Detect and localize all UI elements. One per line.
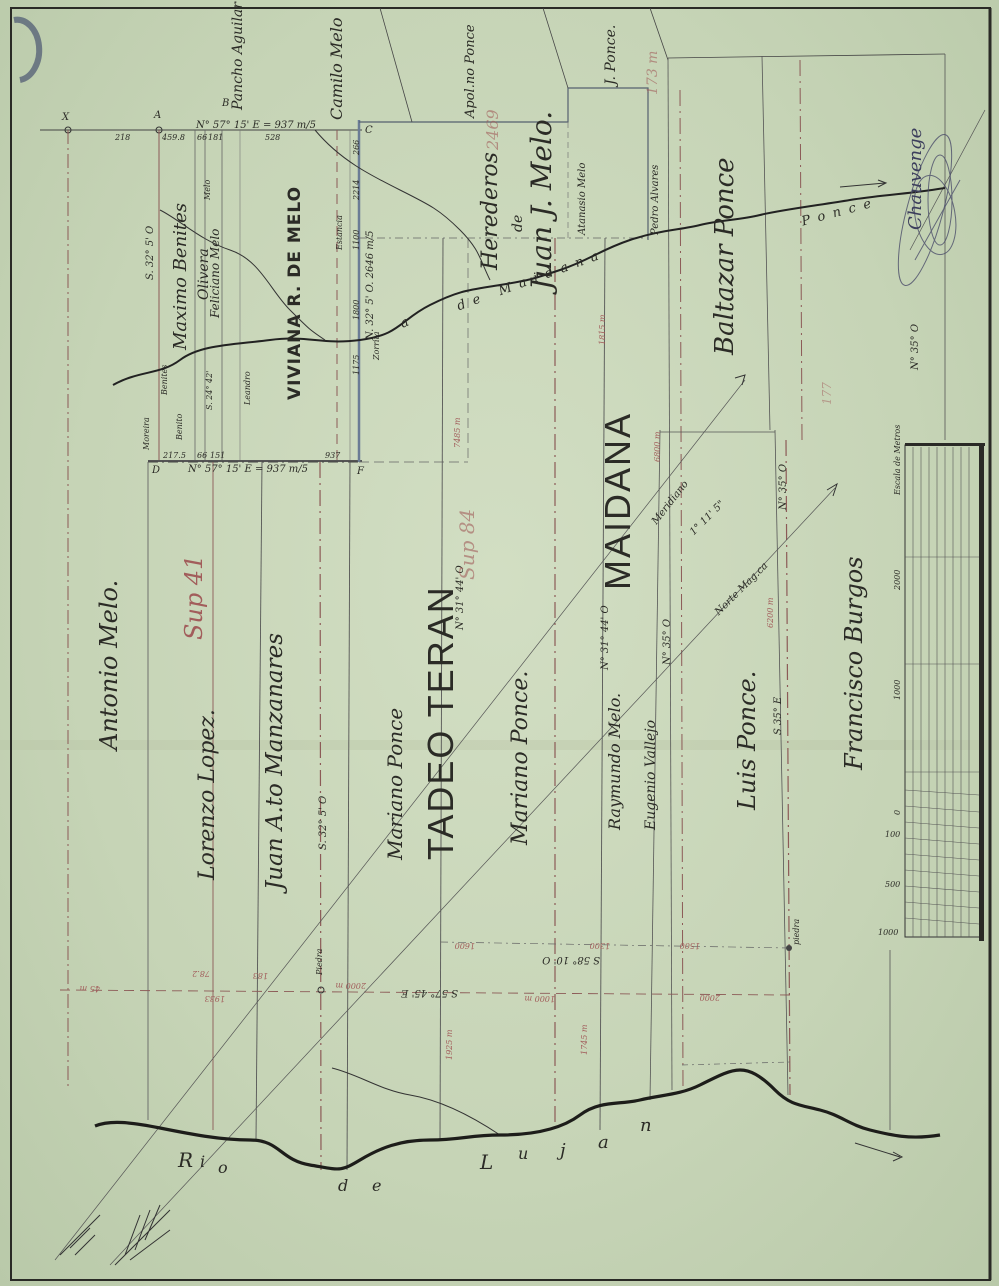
owner-viviana-r-de-melo: VIVIANA R. DE MELO [285,186,305,400]
label-piedra-2: piedra [792,919,801,945]
measure-1925: 1925 m [445,1030,454,1061]
measure-2000: 2000 m [336,981,367,990]
bearing-manzanares: S. 32° 5' O [318,796,329,850]
measure-459: 459.8 [162,133,185,142]
scale-title: Escala de Metros [893,425,902,495]
river-letter-u: u [518,1144,528,1163]
measure-66: 66 [197,133,207,142]
owner-maximo-benites: Maximo Benites [170,203,191,350]
owner-mariano-ponce-1: Mariano Ponce [383,708,407,860]
owner-atanasio-melo: Atanasio Melo [577,163,588,235]
scale-label-0: 0 [893,810,902,815]
measure-183: 183 [253,971,268,980]
measure-6800a: 6800 m [653,432,662,463]
owner-camilo-melo: Camilo Melo [327,17,346,120]
measure-d2: 66 [197,451,207,460]
owner-pancho-aguilar: Pancho Aguilar [230,2,246,110]
bearing-raymundo: N° 31° 44' O [600,605,611,670]
label-melo-small: Melo [203,180,212,200]
owner-mariano-ponce-2: Mariano Ponce. [508,671,533,845]
scale-label-sub-500: 500 [885,880,900,889]
measure-6200: 6200 m [766,598,775,629]
measure-c4: 1800 [352,300,361,320]
owner-pedro-alvarez: Pedro Alvares [650,165,661,235]
bearing-bottom-line: N° 57° 15' E = 937 m/5 [188,464,308,475]
bearing-top-line: N° 57° 15' E = 937 m/5 [196,120,316,131]
scale-label-sub-100: 100 [885,830,900,839]
annotation-173: 173 m [645,51,661,95]
owner-luis-ponce: Luis Ponce. [733,671,761,810]
owner-raymundo-melo: Raymundo Melo. [605,693,624,830]
label-benites-small: Benites [160,365,169,395]
owner-juan-manzanares: Juan A.to Manzanares [262,633,288,890]
measure-1300: 1300 [590,941,610,950]
label-moreira: Moreira [142,417,151,450]
measure-d3: 151 [210,451,225,460]
river-letter-a: a [598,1132,609,1153]
measure-2000b: 2000 [700,993,720,1002]
scale-label-1000: 1000 [893,680,902,700]
river-letter-j: j [560,1140,566,1161]
measure-1745: 1745 m [580,1025,589,1056]
label-benito: Benito [175,414,184,440]
measure-f1: 937 [325,451,340,460]
river-letter-o: o [218,1158,228,1177]
bearing-lower-1: S 57° 45' E [401,987,458,998]
bearing-far-right: N° 35° O [910,324,921,370]
measure-181: 181 [208,133,223,142]
annotation-177: 177 [820,382,834,405]
owner-francisco-burgos: Francisco Burgos [840,556,868,770]
river-letter-r: R [178,1148,193,1172]
owner-j-ponce: J. Ponce. [603,25,619,85]
annotation-sup-84: Sup 84 [455,509,479,580]
point-b: B [222,98,229,109]
owner-lorenzo-lopez: Lorenzo Lopez. [195,709,220,880]
measure-1933: 1933 [205,994,225,1003]
river-letter-i: i [200,1152,205,1171]
owner-maidana: MAIDANA [597,412,639,590]
bearing-left-side: S. 32° 5' O [145,226,156,280]
owner-herederos: Herederos [478,152,503,270]
cadastral-map: X A B C D F N° 57° 15' E = 937 m/5 218 4… [0,0,999,1286]
bearing-lower-2: S 58° 10' O [542,954,600,965]
measure-d1: 217.5 [163,451,186,460]
owner-eugenio-vallejo: Eugenio Vallejo [643,720,659,830]
measure-218: 218 [115,133,130,142]
river-letter-d: d [338,1176,348,1195]
scale-label-2000: 2000 [893,570,902,590]
surveyor-signature: Chauvenge [905,128,926,230]
owner-apol-ponce: Apol.no Ponce [463,24,478,118]
measure-7485: 7485 m [453,418,462,449]
scale-bar-frame [905,443,985,941]
river-letter-e: e [372,1176,381,1195]
measure-c2: 2214 [352,180,361,200]
bearing-eugenio: N° 35° O [662,619,673,665]
owner-de: de [510,215,526,232]
label-estancia: Estancia [335,215,344,250]
point-c: C [365,125,373,136]
bearing-luis: S 35° E [773,697,784,735]
measure-782: 78.2 [192,969,210,978]
measure-1000: 1000 m [525,994,556,1003]
measure-s2442: S. 24° 42' [205,371,214,410]
measure-c1: 266 [352,140,361,155]
owner-feliciano-melo: Feliciano Melo [208,229,222,318]
river-letter-n: n [640,1115,652,1136]
point-d: D [152,465,160,476]
owner-baltazar-ponce: Baltazar Ponce [710,157,740,355]
measure-c5: 1175 [352,355,361,375]
measure-1500: 1500 [680,941,700,950]
point-f: F [357,466,364,477]
point-a: A [154,110,161,121]
measure-1600: 1600 [455,941,475,950]
measure-1815: 1815 m [598,315,607,346]
river-letter-l: L [480,1150,493,1174]
bearing-right-block: N° 35° O [778,464,789,510]
annotation-2469: 2469 [483,109,502,150]
bearing-c-side: N. 32° 5' O. 2646 m/5 [365,231,376,340]
label-piedra-1: Piedra [315,949,324,975]
annotation-sup-41: Sup 41 [180,555,208,640]
label-leandro: Leandro [243,371,252,405]
point-x: X [62,112,69,123]
measure-c3: 1100 [352,230,361,250]
measure-45m: 45 m [80,984,100,993]
scale-label-sub-1000: 1000 [878,928,898,937]
owner-antonio-melo: Antonio Melo. [95,580,123,750]
measure-528: 528 [265,133,280,142]
